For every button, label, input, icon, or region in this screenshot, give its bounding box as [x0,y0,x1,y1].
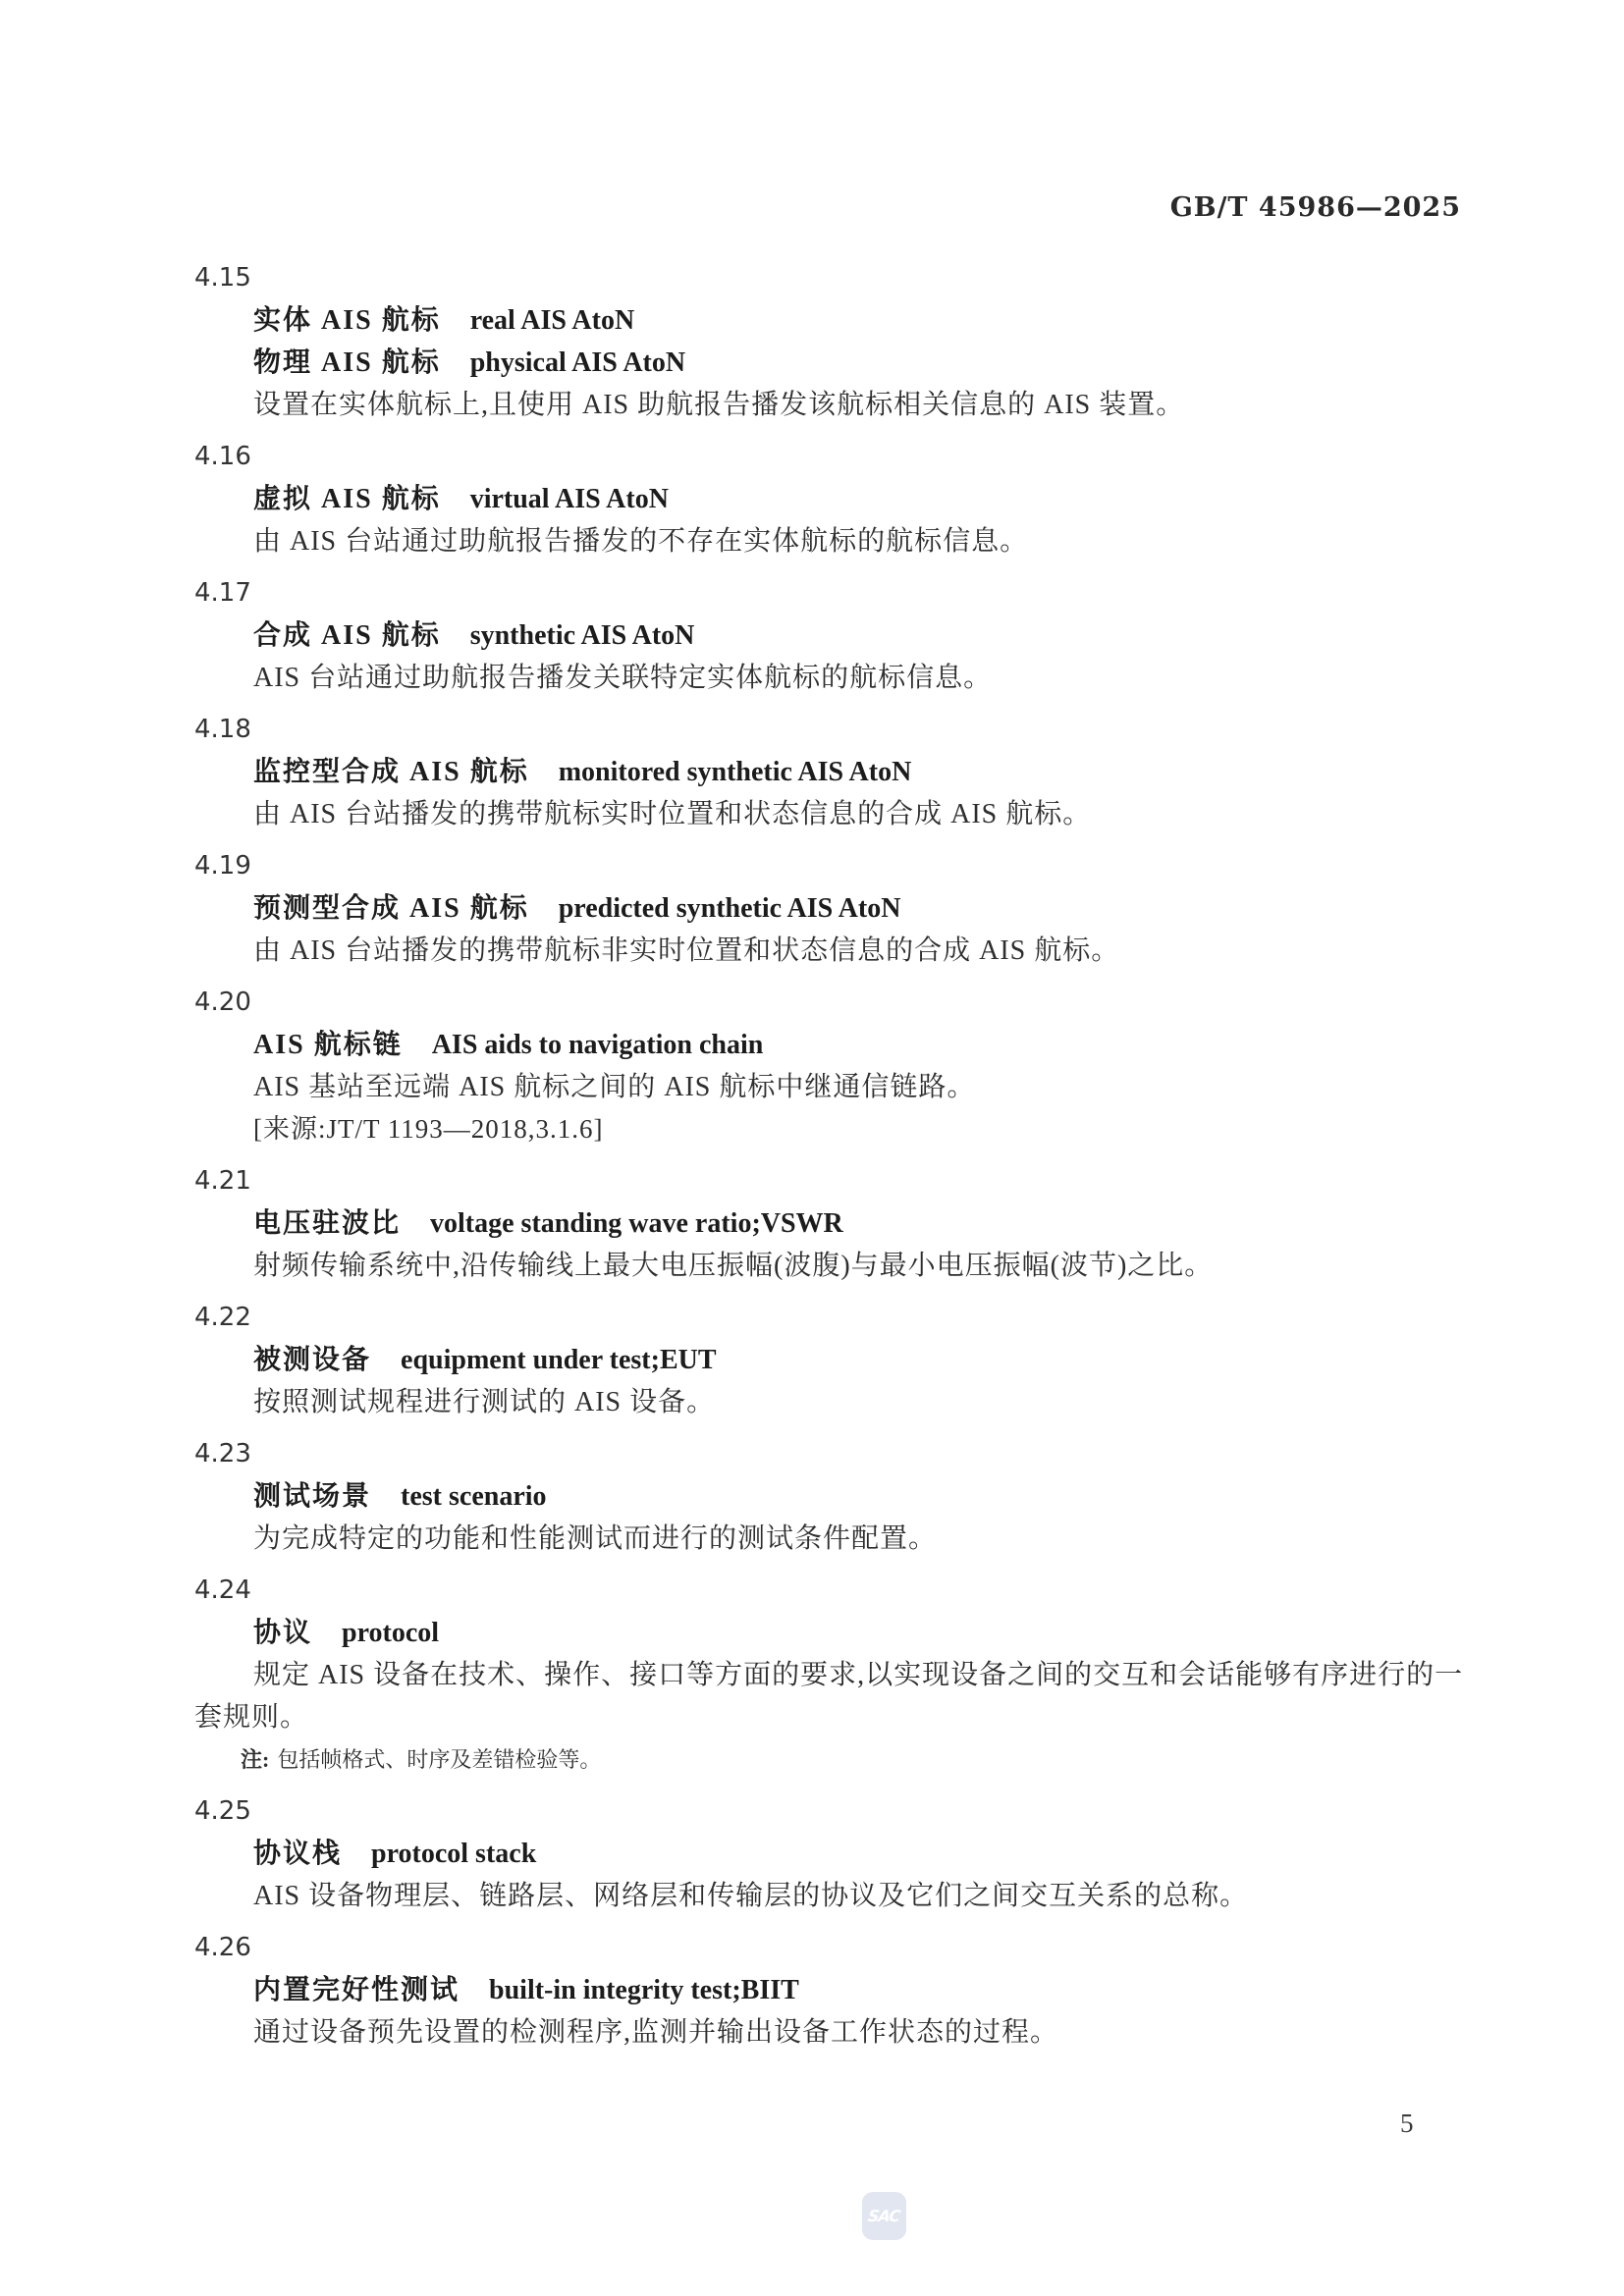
section-number: 4.24 [194,1570,1467,1612]
section-number: 4.22 [194,1297,1467,1339]
definition-text: 按照测试规程进行测试的 AIS 设备。 [194,1381,1467,1423]
definition-section: 4.26内置完好性测试built-in integrity test;BIIT通… [194,1927,1467,2054]
definition-text: 套规则。 [194,1696,1467,1738]
term-heading: 电压驻波比voltage standing wave ratio;VSWR [194,1202,1467,1245]
definition-text: AIS 基站至远端 AIS 航标之间的 AIS 航标中继通信链路。 [194,1066,1467,1108]
term-chinese: 电压驻波比 [253,1208,401,1239]
term-chinese: 预测型合成 AIS 航标 [253,893,529,924]
section-number: 4.26 [194,1927,1467,1969]
definition-section: 4.20AIS 航标链AIS aids to navigation chainA… [194,982,1467,1150]
section-number: 4.16 [194,436,1467,478]
term-english: voltage standing wave ratio;VSWR [430,1208,843,1239]
definition-text: 设置在实体航标上,且使用 AIS 助航报告播发该航标相关信息的 AIS 装置。 [194,384,1467,426]
definition-text: 通过设备预先设置的检测程序,监测并输出设备工作状态的过程。 [194,2011,1467,2054]
sac-logo-text: SAC [867,2207,901,2225]
term-english: protocol [342,1618,439,1648]
term-english: AIS aids to navigation chain [432,1030,764,1060]
term-english: equipment under test;EUT [401,1345,717,1375]
section-number: 4.19 [194,845,1467,887]
page-number: 5 [1400,2109,1414,2139]
term-chinese: 虚拟 AIS 航标 [253,484,441,514]
definition-section: 4.24协议protocol规定 AIS 设备在技术、操作、接口等方面的要求,以… [194,1570,1467,1781]
term-english: real AIS AtoN [470,305,635,336]
term-english: protocol stack [371,1839,536,1869]
section-number: 4.20 [194,982,1467,1024]
term-english: physical AIS AtoN [470,347,685,378]
term-english: predicted synthetic AIS AtoN [559,893,901,924]
definition-section: 4.19预测型合成 AIS 航标predicted synthetic AIS … [194,845,1467,972]
source-reference: [来源:JT/T 1193—2018,3.1.6] [194,1108,1467,1150]
definition-section: 4.25协议栈protocol stackAIS 设备物理层、链路层、网络层和传… [194,1790,1467,1917]
term-chinese: 监控型合成 AIS 航标 [253,757,529,787]
definition-text: 由 AIS 台站播发的携带航标实时位置和状态信息的合成 AIS 航标。 [194,793,1467,835]
term-english: built-in integrity test;BIIT [489,1975,799,2005]
definition-text: 规定 AIS 设备在技术、操作、接口等方面的要求,以实现设备之间的交互和会话能够… [194,1654,1467,1696]
note-text: 包括帧格式、时序及差错检验等。 [277,1747,601,1772]
term-chinese: 实体 AIS 航标 [253,305,441,336]
term-heading: 被测设备equipment under test;EUT [194,1339,1467,1381]
definition-text: AIS 台站通过助航报告播发关联特定实体航标的航标信息。 [194,657,1467,699]
term-english: test scenario [401,1481,547,1512]
definition-section: 4.15实体 AIS 航标real AIS AtoN物理 AIS 航标physi… [194,257,1467,426]
document-page: GB/T 45986—2025 4.15实体 AIS 航标real AIS At… [0,0,1624,2296]
term-english: monitored synthetic AIS AtoN [559,757,912,787]
term-english: virtual AIS AtoN [470,484,669,514]
term-heading: 测试场景test scenario [194,1475,1467,1518]
section-number: 4.23 [194,1433,1467,1475]
term-heading: 协议protocol [194,1612,1467,1654]
term-heading: AIS 航标链AIS aids to navigation chain [194,1024,1467,1066]
term-chinese: 内置完好性测试 [253,1975,460,2005]
term-heading: 虚拟 AIS 航标virtual AIS AtoN [194,478,1467,520]
term-heading: 合成 AIS 航标synthetic AIS AtoN [194,614,1467,657]
term-chinese: AIS 航标链 [253,1030,403,1060]
note-line: 注:包括帧格式、时序及差错检验等。 [194,1738,1467,1781]
definitions-content: 4.15实体 AIS 航标real AIS AtoN物理 AIS 航标physi… [194,257,1467,2054]
definition-text: 由 AIS 台站通过助航报告播发的不存在实体航标的航标信息。 [194,520,1467,562]
term-heading: 预测型合成 AIS 航标predicted synthetic AIS AtoN [194,887,1467,930]
definition-text: 为完成特定的功能和性能测试而进行的测试条件配置。 [194,1518,1467,1560]
sac-logo: SAC [862,2192,906,2240]
section-number: 4.17 [194,572,1467,614]
definition-section: 4.18监控型合成 AIS 航标monitored synthetic AIS … [194,709,1467,835]
definition-section: 4.23测试场景test scenario为完成特定的功能和性能测试而进行的测试… [194,1433,1467,1560]
term-heading: 协议栈protocol stack [194,1833,1467,1875]
section-number: 4.15 [194,257,1467,299]
term-chinese: 合成 AIS 航标 [253,620,441,651]
definition-section: 4.22被测设备equipment under test;EUT按照测试规程进行… [194,1297,1467,1423]
section-number: 4.25 [194,1790,1467,1833]
definition-text: AIS 设备物理层、链路层、网络层和传输层的协议及它们之间交互关系的总称。 [194,1875,1467,1917]
term-heading: 监控型合成 AIS 航标monitored synthetic AIS AtoN [194,751,1467,793]
term-heading: 实体 AIS 航标real AIS AtoN [194,299,1467,342]
note-label: 注: [241,1747,269,1772]
term-chinese: 被测设备 [253,1345,371,1375]
term-english: synthetic AIS AtoN [470,620,695,651]
definition-section: 4.16虚拟 AIS 航标virtual AIS AtoN由 AIS 台站通过助… [194,436,1467,562]
term-heading: 物理 AIS 航标physical AIS AtoN [194,342,1467,384]
section-number: 4.21 [194,1160,1467,1202]
section-number: 4.18 [194,709,1467,751]
definition-section: 4.21电压驻波比voltage standing wave ratio;VSW… [194,1160,1467,1287]
term-chinese: 测试场景 [253,1481,371,1512]
definition-section: 4.17合成 AIS 航标synthetic AIS AtoNAIS 台站通过助… [194,572,1467,699]
term-heading: 内置完好性测试built-in integrity test;BIIT [194,1969,1467,2011]
definition-text: 由 AIS 台站播发的携带航标非实时位置和状态信息的合成 AIS 航标。 [194,930,1467,972]
standard-number-header: GB/T 45986—2025 [1170,192,1461,223]
term-chinese: 协议栈 [253,1839,342,1869]
term-chinese: 协议 [253,1618,312,1648]
term-chinese: 物理 AIS 航标 [253,347,441,378]
definition-text: 射频传输系统中,沿传输线上最大电压振幅(波腹)与最小电压振幅(波节)之比。 [194,1245,1467,1287]
